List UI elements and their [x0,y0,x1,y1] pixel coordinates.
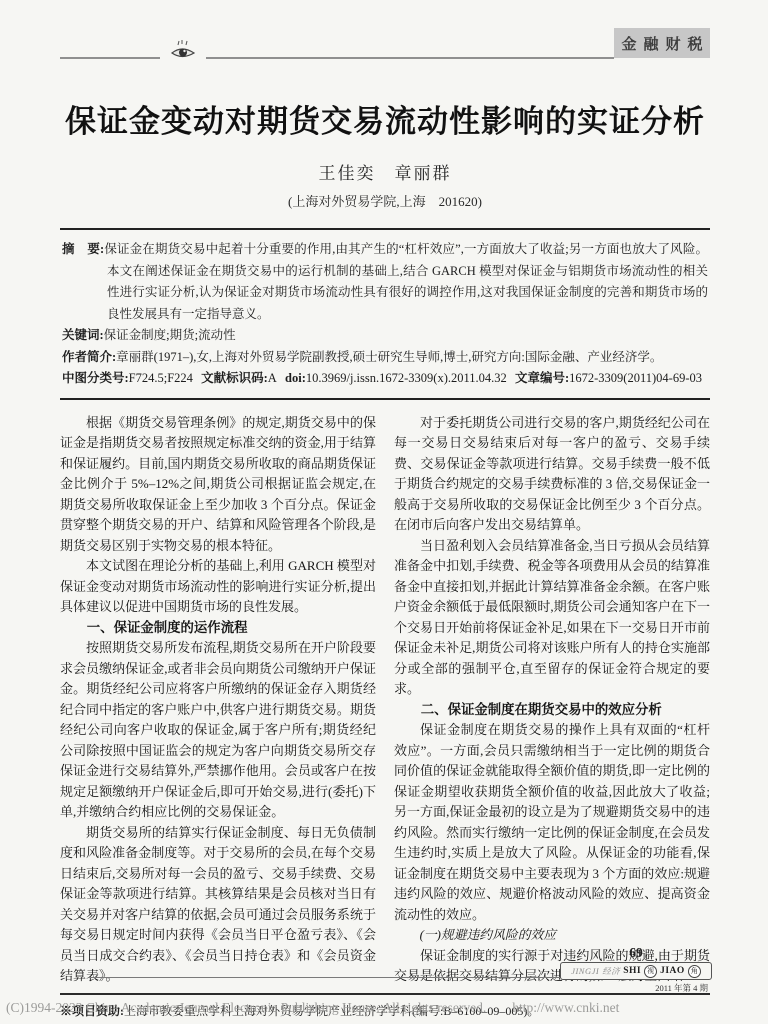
paragraph: 按照期货交易所发布流程,期货交易所在开户阶段要求会员缴纳保证金,或者非会员向期货… [60,638,376,823]
copyright-text: (C)1994-2023 China Academic Journal Elec… [6,1000,486,1015]
keywords-row: 关键词:保证金制度;期货;流动性 [62,325,708,347]
logo-pinyin: JIAO [660,966,685,976]
left-column: 根据《期货交易管理条例》的规定,期货交易中的保证金是指期货交易者按照规定标准交纳… [60,413,376,987]
abstract-text: 保证金在期货交易中起着十分重要的作用,由其产生的“杠杆效应”,一方面放大了收益;… [104,242,708,321]
paragraph: 当日盈利划入会员结算准备金,当日亏损从会员结算准备金中扣划,手续费、税金等各项费… [394,536,710,700]
logo-seal-icon: 角 [688,965,701,978]
journal-logo: JINGJI 经济 SHI 视 JIAO 角 [560,962,712,980]
page-header: 金融财税 [60,0,710,72]
doi: doi:10.3969/j.issn.1672-3309(x).2011.04.… [285,368,507,390]
right-column: 对于委托期货公司进行交易的客户,期货经纪公司在每一交易日交易结束后对每一客户的盈… [394,413,710,987]
abstract-label: 摘 要: [62,242,104,256]
section-heading-1: 一、保证金制度的运作流程 [60,618,376,639]
article-body: 根据《期货交易管理条例》的规定,期货交易中的保证金是指期货交易者按照规定标准交纳… [60,413,710,987]
eye-icon [160,40,206,62]
classification-row: 中图分类号:F724.5;F224 文献标识码:A doi:10.3969/j.… [62,368,708,390]
paragraph: 根据《期货交易管理条例》的规定,期货交易中的保证金是指期货交易者按照规定标准交纳… [60,413,376,557]
paragraph: 期货交易所的结算实行保证金制度、每日无负债制度和风险准备金制度等。对于交易所的会… [60,823,376,987]
journal-page: 金融财税 保证金变动对期货交易流动性影响的实证分析 王佳奕 章丽群 (上海对外贸… [0,0,768,1024]
bio-label: 作者简介: [62,350,116,364]
article-id: 文章编号:1672-3309(2011)04-69-03 [515,368,702,390]
page-number: 69 [560,945,712,961]
section-badge: 金融财税 [614,28,710,58]
abstract: 摘 要:保证金在期货交易中起着十分重要的作用,由其产生的“杠杆效应”,一方面放大… [62,239,708,325]
subsection-heading: (一)规避违约风险的效应 [394,925,710,946]
keywords-label: 关键词: [62,328,104,342]
copyright-line: (C)1994-2023 China Academic Journal Elec… [6,1000,762,1016]
logo-pinyin: JINGJI [571,966,599,976]
document-code: 文献标识码:A [201,368,277,390]
author-bio-row: 作者简介:章丽群(1971–),女,上海对外贸易学院副教授,硕士研究生导师,博士… [62,347,708,369]
article-title: 保证金变动对期货交易流动性影响的实证分析 [60,96,710,141]
paragraph: 本文试图在理论分析的基础上,利用 GARCH 模型对保证金变动对期货市场流动性的… [60,556,376,618]
logo-cn: 经济 [602,965,620,977]
logo-pinyin: SHI [623,966,641,976]
paragraph: 对于委托期货公司进行交易的客户,期货经纪公司在每一交易日交易结束后对每一客户的盈… [394,413,710,536]
affiliation: (上海对外贸易学院,上海 201620) [60,191,710,210]
keywords-text: 保证金制度;期货;流动性 [104,328,236,342]
paragraph: 保证金制度在期货交易的操作上具有双面的“杠杆效应”。一方面,会员只需缴纳相当于一… [394,720,710,925]
clc-number: 中图分类号:F724.5;F224 [62,368,193,390]
issue-label: 2011 年第 4 期 [560,982,712,994]
authors: 王佳奕 章丽群 [60,159,710,184]
meta-block: 摘 要:保证金在期货交易中起着十分重要的作用,由其产生的“杠杆效应”,一方面放大… [60,230,710,398]
logo-seal-icon: 视 [644,965,657,978]
section-heading-2: 二、保证金制度在期货交易中的效应分析 [394,700,710,721]
cnki-url: http://www.cnki.net [512,1000,619,1015]
journal-mark: 69 JINGJI 经济 SHI 视 JIAO 角 2011 年第 4 期 [560,945,712,994]
meta-bottom-rule [60,398,710,400]
header-rule [60,57,614,59]
bio-text: 章丽群(1971–),女,上海对外贸易学院副教授,硕士研究生导师,博士,研究方向… [116,350,662,364]
